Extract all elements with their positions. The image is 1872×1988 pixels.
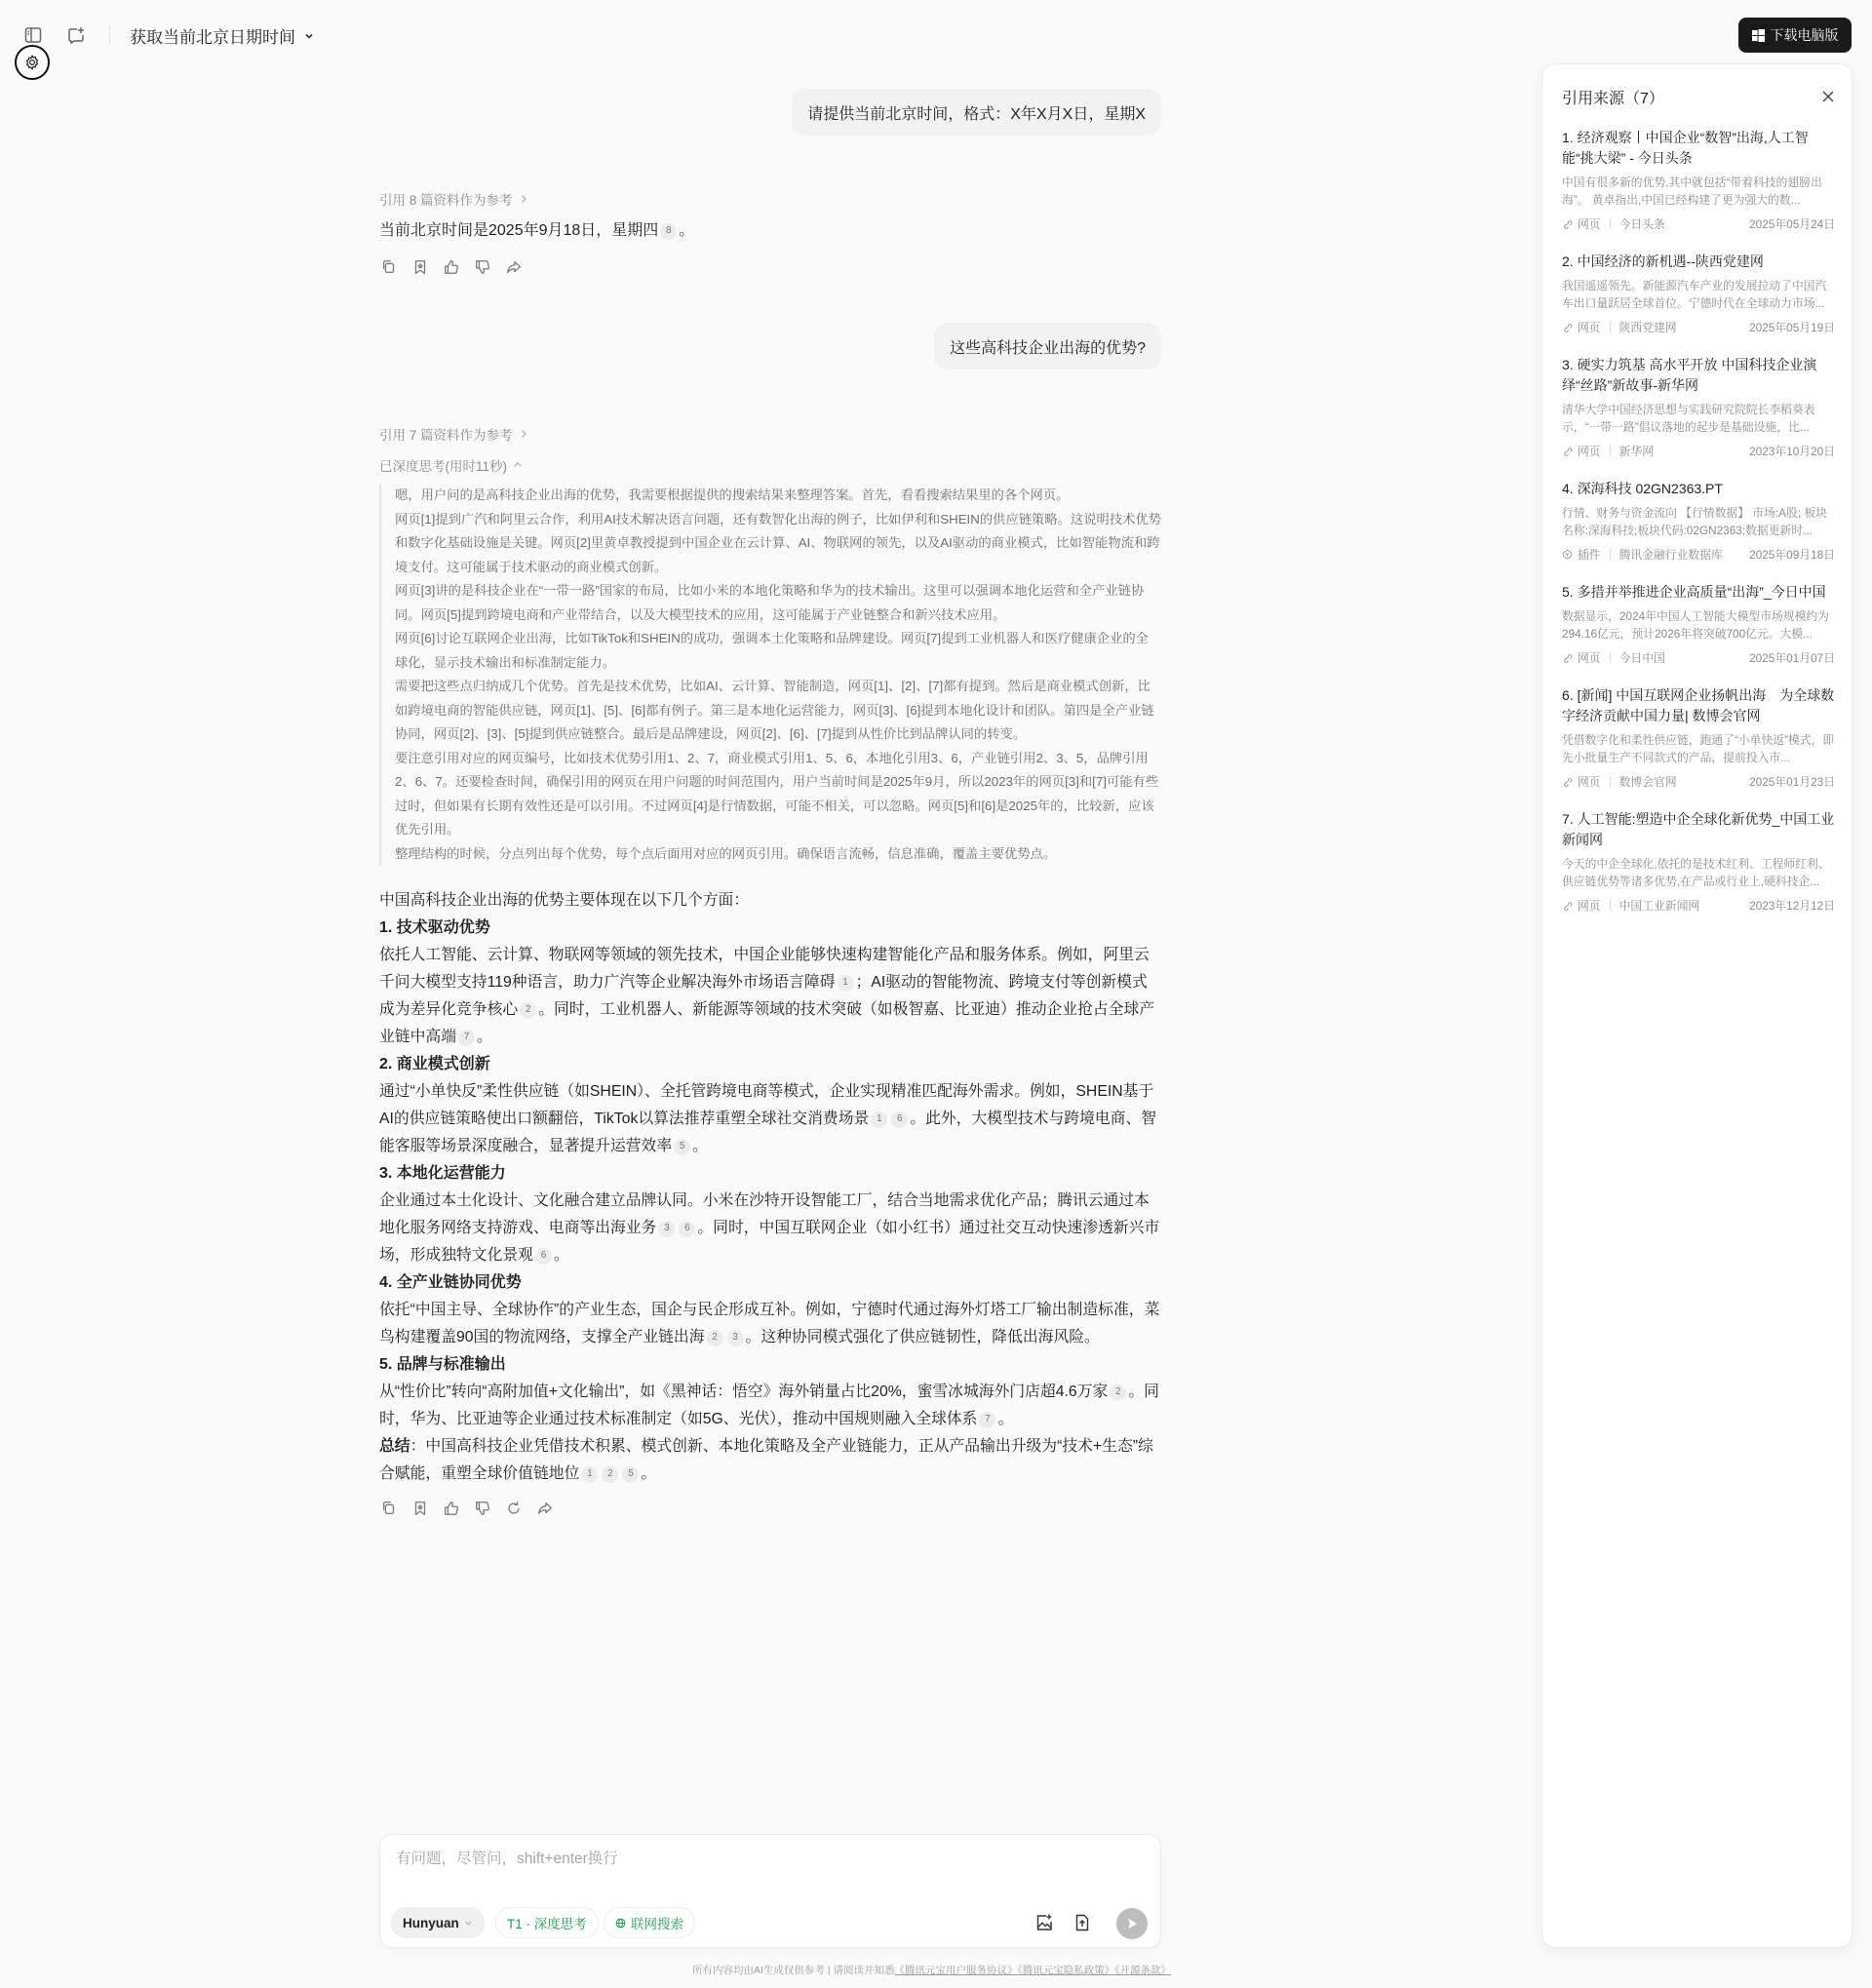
regenerate-icon (505, 1500, 523, 1517)
share-icon (505, 258, 523, 276)
regenerate-button[interactable] (504, 1499, 524, 1518)
web-search-label: 联网搜索 (631, 1913, 683, 1932)
privacy-link[interactable]: 《腾讯元宝隐私政策》 (1018, 1965, 1115, 1976)
disclaimer-text: 所有内容均由AI生成仅供参考 | 请阅读并知悉 (692, 1965, 894, 1976)
citation-badge[interactable]: 5 (674, 1139, 690, 1155)
message-composer: Hunyuan T1 · 深度思考 联网搜索 (379, 1834, 1161, 1948)
send-button[interactable] (1116, 1908, 1148, 1939)
thinking-toggle[interactable]: 已深度思考(用时11秒) (379, 455, 523, 475)
source-meta: 网页新华网2023年10月20日 (1562, 442, 1835, 459)
source-title: 4. 深海科技 02GN2363.PT (1562, 479, 1835, 499)
source-list: 1. 经济观察丨中国企业“数智”出海,人工智能“挑大梁” - 今日头条中国有很多… (1562, 128, 1835, 933)
link-icon (1562, 322, 1573, 332)
divider (1610, 549, 1611, 560)
answer-text: ：中国高科技企业凭借技术积累、模式创新、本地化策略及全产业链能力，正从产品输出升… (379, 1438, 1153, 1482)
source-type: 网页 (1578, 649, 1601, 666)
citation-badge[interactable]: 7 (979, 1412, 995, 1428)
thinking-paragraph: 需要把这些点归纳成几个优势。首先是技术优势，比如AI、云计算、智能制造，网页[1… (395, 675, 1161, 747)
model-selector[interactable]: Hunyuan (391, 1907, 485, 1938)
citation-panel-title: 引用来源（7） (1562, 86, 1664, 108)
citation-badge[interactable]: 6 (535, 1248, 552, 1265)
dislike-button[interactable] (473, 1499, 492, 1518)
bookmark-icon (411, 1500, 429, 1517)
source-meta: 网页今日头条2025年05月24日 (1562, 214, 1835, 232)
citation-badge[interactable]: 6 (891, 1111, 908, 1128)
source-date: 2025年01月23日 (1749, 773, 1835, 790)
chevron-down-icon (303, 30, 315, 42)
thinking-label: 已深度思考(用时11秒) (379, 455, 507, 475)
thinking-paragraph: 整理结构的时候，分点列出每个优势，每个点后面用对应的网页引用。确保语言流畅，信息… (395, 842, 1161, 867)
citation-badge[interactable]: 3 (658, 1221, 675, 1237)
copy-icon (380, 258, 398, 276)
user-message-text: 这些高科技企业出海的优势? (950, 335, 1146, 358)
source-title: 6. [新闻] 中国互联网企业扬帆出海 为全球数字经济贡献中国力量| 数博会官网 (1562, 685, 1835, 726)
link-icon (1562, 652, 1573, 663)
message-actions (379, 1499, 555, 1518)
source-date: 2025年05月19日 (1749, 319, 1835, 335)
source-item[interactable]: 7. 人工智能:塑造中企全球化新优势_中国工业新闻网今天的中企全球化,依托的是技… (1562, 809, 1835, 914)
citation-badge[interactable]: 2 (602, 1466, 618, 1483)
source-site: 新华网 (1619, 443, 1654, 459)
source-site: 腾讯金融行业数据库 (1619, 546, 1723, 563)
thinking-paragraph: 网页[3]讲的是科技企业在“一带一路”国家的布局，比如小米的本地化策略和华为的技… (395, 579, 1161, 627)
file-upload-button[interactable] (1071, 1911, 1094, 1934)
dislike-icon (474, 1500, 491, 1517)
assistant-message-text: 当前北京时间是2025年9月18日，星期四 (379, 222, 658, 239)
source-item[interactable]: 1. 经济观察丨中国企业“数智”出海,人工智能“挑大梁” - 今日头条中国有很多… (1562, 128, 1835, 232)
like-icon (443, 258, 460, 276)
citation-badge[interactable]: 7 (458, 1030, 475, 1046)
answer-section-body: 依托“中国主导、全球协作”的产业生态，国企与民企形成互补。例如，宁德时代通过海外… (379, 1297, 1161, 1351)
citation-panel: 引用来源（7） 1. 经济观察丨中国企业“数智”出海,人工智能“挑大梁” - 今… (1541, 63, 1852, 1948)
open-source-link[interactable]: 《开源条款》 (1114, 1965, 1171, 1976)
bookmark-button[interactable] (410, 257, 430, 277)
citation-badge[interactable]: 6 (679, 1221, 695, 1237)
answer-section-body: 企业通过本土化设计、文化融合建立品牌认同。小米在沙特开设智能工厂，结合当地需求优… (379, 1188, 1161, 1269)
answer-section-heading: 3. 本地化运营能力 (379, 1160, 1161, 1188)
sidebar-toggle-icon (23, 25, 43, 45)
citation-badge[interactable]: 2 (707, 1330, 723, 1346)
share-icon (536, 1500, 554, 1517)
source-date: 2023年12月12日 (1749, 897, 1835, 914)
answer-text: 。这种协同模式强化了供应链韧性，降低出海风险。 (746, 1329, 1100, 1345)
conversation-title: 获取当前北京日期时间 (130, 23, 295, 48)
source-type: 网页 (1578, 773, 1601, 790)
references-label: 引用 8 篇资料作为参考 (379, 189, 513, 209)
chevron-up-icon (513, 460, 523, 470)
user-message-text: 请提供当前北京时间，格式：X年X月X日，星期X (807, 101, 1146, 124)
citation-badge[interactable]: 5 (622, 1466, 639, 1483)
globe-icon (615, 1918, 626, 1929)
source-site: 数博会官网 (1619, 773, 1677, 790)
source-site: 陕西党建网 (1619, 319, 1677, 335)
source-snippet: 行情、财务与资金流向 【行情数据】 市场:A股; 板块名称:深海科技;板块代码:… (1562, 504, 1835, 539)
citation-badge[interactable]: 2 (520, 1002, 536, 1019)
source-snippet: 清华大学中国经济思想与实践研究院院长李稻葵表示，“一带一路”倡议落地的起步是基础… (1562, 401, 1835, 436)
divider (1610, 322, 1611, 332)
user-message: 这些高科技企业出海的优势? (934, 323, 1161, 370)
divider (1610, 776, 1611, 787)
source-meta: 网页数博会官网2025年01月23日 (1562, 772, 1835, 790)
source-type: 网页 (1578, 443, 1601, 459)
answer-section-heading: 1. 技术驱动优势 (379, 915, 1161, 942)
chevron-right-icon (519, 194, 528, 204)
source-site: 今日头条 (1619, 215, 1665, 232)
source-item[interactable]: 2. 中国经济的新机遇--陕西党建网我国遥遥领先。新能源汽车产业的发展拉动了中国… (1562, 252, 1835, 335)
source-item[interactable]: 5. 多措并举推进企业高质量“出海”_今日中国数据显示，2024年中国人工智能大… (1562, 582, 1835, 666)
source-site: 今日中国 (1619, 649, 1665, 666)
source-date: 2023年10月20日 (1749, 443, 1835, 459)
source-meta: 插件腾讯金融行业数据库2025年09月18日 (1562, 545, 1835, 563)
references-toggle[interactable]: 引用 7 篇资料作为参考 (379, 424, 528, 444)
link-icon (1562, 218, 1573, 229)
dislike-button[interactable] (473, 257, 492, 277)
thinking-paragraph: 网页[6]讨论互联网企业出海，比如TikTok和SHEIN的成功，强调本土化策略… (395, 627, 1161, 675)
answer-section-heading: 5. 品牌与标准输出 (379, 1351, 1161, 1379)
answer-section-heading: 4. 全产业链协同优势 (379, 1269, 1161, 1297)
web-search-toggle[interactable]: 联网搜索 (604, 1907, 695, 1938)
source-title: 3. 硬实力筑基 高水平开放 中国科技企业演绎“丝路”新故事-新华网 (1562, 355, 1835, 396)
source-date: 2025年01月07日 (1749, 649, 1835, 666)
thinking-paragraph: 网页[1]提到广汽和阿里云合作，利用AI技术解决语言问题，还有数智化出海的例子，… (395, 508, 1161, 580)
divider (109, 25, 110, 45)
close-panel-button[interactable] (1818, 87, 1838, 106)
chevron-right-icon (519, 429, 528, 439)
source-meta: 网页中国工业新闻网2023年12月12日 (1562, 896, 1835, 914)
answer-section-heading: 2. 商业模式创新 (379, 1051, 1161, 1078)
citation-badge[interactable]: 1 (838, 975, 854, 992)
citation-badge[interactable]: 8 (660, 223, 677, 240)
link-icon (1562, 446, 1573, 456)
source-item[interactable]: 3. 硬实力筑基 高水平开放 中国科技企业演绎“丝路”新故事-新华网清华大学中国… (1562, 355, 1835, 459)
deep-think-label: T1 · 深度思考 (507, 1913, 587, 1932)
plugin-icon (1562, 549, 1573, 560)
references-label: 引用 7 篇资料作为参考 (379, 424, 513, 444)
divider (1610, 218, 1611, 229)
download-desktop-label: 下载电脑版 (1771, 25, 1839, 45)
source-meta: 网页今日中国2025年01月07日 (1562, 648, 1835, 666)
image-upload-button[interactable] (1033, 1911, 1056, 1934)
answer-text: 从“性价比”转向“高附加值+文化输出”，如《黑神话：悟空》海外销量占比20%，蜜… (379, 1384, 1108, 1400)
citation-badge[interactable]: 3 (727, 1330, 744, 1346)
source-date: 2025年09月18日 (1749, 546, 1835, 563)
answer-text: 。 (477, 1029, 492, 1045)
send-icon (1125, 1917, 1139, 1930)
summary-label: 总结 (379, 1438, 410, 1455)
copy-button[interactable] (379, 257, 399, 277)
windows-icon (1752, 29, 1765, 42)
user-message: 请提供当前北京时间，格式：X年X月X日，星期X (792, 89, 1161, 136)
source-date: 2025年05月24日 (1749, 215, 1835, 232)
like-button[interactable] (442, 1499, 461, 1518)
answer-summary: 总结：中国高科技企业凭借技术积累、模式创新、本地化策略及全产业链能力，正从产品输… (379, 1433, 1161, 1488)
source-title: 7. 人工智能:塑造中企全球化新优势_中国工业新闻网 (1562, 809, 1835, 850)
add-image-icon (1034, 1913, 1054, 1932)
answer-text: 。 (997, 1411, 1013, 1427)
dislike-icon (474, 258, 491, 276)
footer-disclaimer: 所有内容均由AI生成仅供参考 | 请阅读并知悉《腾讯元宝用户服务协议》《腾讯元宝… (379, 1963, 1171, 1977)
source-title: 5. 多措并举推进企业高质量“出海”_今日中国 (1562, 582, 1835, 603)
link-icon (1562, 776, 1573, 787)
source-meta: 网页陕西党建网2025年05月19日 (1562, 318, 1835, 335)
copy-icon (380, 1500, 398, 1517)
source-snippet: 今天的中企全球化,依托的是技术红利、工程师红利、供应链优势等诸多优势,在产品或行… (1562, 855, 1835, 890)
source-item[interactable]: 4. 深海科技 02GN2363.PT行情、财务与资金流向 【行情数据】 市场:… (1562, 479, 1835, 563)
thinking-paragraph: 要注意引用对应的网页编号，比如技术优势引用1、2、7，商业模式引用1、5、6，本… (395, 747, 1161, 842)
source-title: 2. 中国经济的新机遇--陕西党建网 (1562, 252, 1835, 272)
answer-section-body: 通过“小单快反”柔性供应链（如SHEIN）、全托管跨境电商等模式，企业实现精准匹… (379, 1078, 1161, 1160)
source-title: 1. 经济观察丨中国企业“数智”出海,人工智能“挑大梁” - 今日头条 (1562, 128, 1835, 169)
assistant-answer: 中国高科技企业出海的优势主要体现在以下几个方面：1. 技术驱动优势依托人工智能、… (379, 887, 1161, 1488)
new-chat-icon (66, 25, 86, 45)
settings-button[interactable] (15, 45, 50, 80)
source-snippet: 数据显示，2024年中国人工智能大模型市场规模约为294.16亿元，预计2026… (1562, 607, 1835, 643)
punctuation: 。 (679, 222, 694, 239)
citation-badge[interactable]: 2 (1110, 1384, 1126, 1401)
bookmark-button[interactable] (410, 1499, 430, 1518)
like-icon (443, 1500, 460, 1517)
source-snippet: 中国有很多新的优势,其中就包括“带着科技的翅膀出海”。 黄卓指出,中国已经构建了… (1562, 174, 1835, 209)
terms-link[interactable]: 《腾讯元宝用户服务协议》 (895, 1965, 1018, 1976)
conversation-title-dropdown[interactable]: 获取当前北京日期时间 (130, 23, 315, 48)
copy-button[interactable] (379, 1499, 399, 1518)
link-icon (1562, 900, 1573, 911)
source-type: 插件 (1578, 546, 1601, 563)
close-icon (1821, 90, 1835, 103)
message-actions (379, 257, 524, 277)
answer-section-body: 从“性价比”转向“高附加值+文化输出”，如《黑神话：悟空》海外销量占比20%，蜜… (379, 1379, 1161, 1433)
top-bar: 获取当前北京日期时间 下载电脑版 (0, 0, 1872, 68)
source-type: 网页 (1578, 319, 1601, 335)
assistant-message: 当前北京时间是2025年9月18日，星期四8。 (379, 217, 694, 245)
source-type: 网页 (1578, 897, 1601, 914)
answer-section-body: 依托人工智能、云计算、物联网等领域的领先技术，中国企业能够快速构建智能化产品和服… (379, 942, 1161, 1051)
citation-badge[interactable]: 1 (871, 1111, 887, 1128)
thinking-paragraph: 嗯，用户问的是高科技企业出海的优势，我需要根据提供的搜索结果来整理答案。首先，看… (395, 484, 1161, 508)
answer-intro: 中国高科技企业出海的优势主要体现在以下几个方面： (379, 887, 1161, 915)
like-button[interactable] (442, 257, 461, 277)
chevron-down-icon (464, 1919, 473, 1928)
divider (1610, 652, 1611, 663)
source-snippet: 凭借数字化和柔性供应链，跑通了“小单快返”模式，即先小批量生产不同款式的产品，提… (1562, 731, 1835, 766)
citation-badge[interactable]: 1 (581, 1466, 598, 1483)
source-site: 中国工业新闻网 (1619, 897, 1700, 914)
divider (1610, 446, 1611, 456)
new-chat-button[interactable] (62, 21, 90, 49)
settings-icon (23, 54, 41, 71)
references-toggle[interactable]: 引用 8 篇资料作为参考 (379, 189, 528, 209)
download-desktop-button[interactable]: 下载电脑版 (1738, 18, 1852, 53)
upload-file-icon (1072, 1913, 1092, 1932)
source-snippet: 我国遥遥领先。新能源汽车产业的发展拉动了中国汽车出口量跃居全球首位。宁德时代在全… (1562, 277, 1835, 312)
answer-text: 。 (554, 1247, 569, 1264)
share-button[interactable] (504, 257, 524, 277)
deep-think-toggle[interactable]: T1 · 深度思考 (495, 1907, 599, 1938)
answer-text: 。 (692, 1138, 708, 1154)
model-label: Hunyuan (403, 1916, 459, 1930)
source-type: 网页 (1578, 215, 1601, 232)
thinking-content: 嗯，用户问的是高科技企业出海的优势，我需要根据提供的搜索结果来整理答案。首先，看… (379, 484, 1161, 866)
message-input[interactable] (396, 1847, 1137, 1886)
divider (1610, 900, 1611, 911)
bookmark-icon (411, 258, 429, 276)
source-item[interactable]: 6. [新闻] 中国互联网企业扬帆出海 为全球数字经济贡献中国力量| 数博会官网… (1562, 685, 1835, 790)
answer-text: 。 (641, 1465, 656, 1482)
share-button[interactable] (535, 1499, 555, 1518)
